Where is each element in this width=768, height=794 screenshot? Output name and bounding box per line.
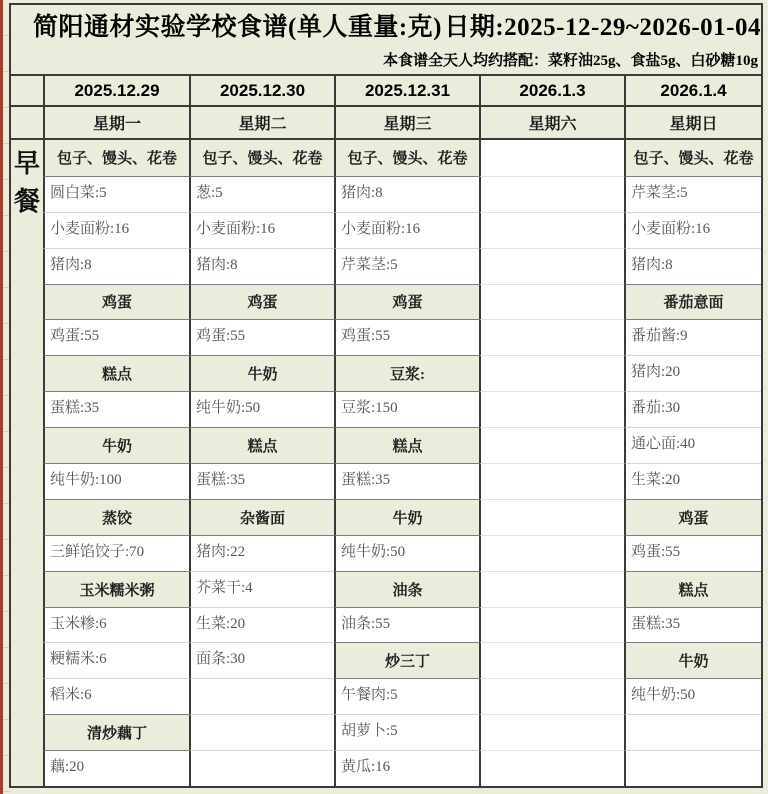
ingredient-cell: 粳糯米:6	[43, 642, 189, 678]
dish-header-cell: 糕点	[189, 427, 334, 463]
ingredient-cell: 小麦面粉:16	[189, 212, 334, 248]
empty-cell	[479, 642, 624, 678]
empty-cell	[479, 427, 624, 463]
date-cell: 2025.12.31	[334, 76, 479, 105]
date-header-row: 2025.12.292025.12.302025.12.312026.1.320…	[11, 76, 761, 107]
date-cell: 2026.1.3	[479, 76, 624, 105]
ingredient-cell: 玉米糁:6	[43, 607, 189, 643]
dish-header-cell: 鸡蛋	[43, 284, 189, 320]
breakfast-grid: 早餐 包子、馒头、花卷圆白菜:5小麦面粉:16猪肉:8鸡蛋鸡蛋:55糕点蛋糕:3…	[11, 140, 761, 786]
meal-label-breakfast: 早餐	[11, 140, 43, 786]
dish-header-cell: 鸡蛋	[624, 499, 761, 535]
portion-note: 本食谱全天人均约搭配：菜籽油25g、食盐5g、白砂糖10g	[383, 49, 758, 70]
ingredient-cell: 纯牛奶:100	[43, 463, 189, 499]
ingredient-cell: 鸡蛋:55	[43, 319, 189, 355]
ingredient-cell: 番茄:30	[624, 391, 761, 427]
dish-header-cell: 番茄意面	[624, 284, 761, 320]
dish-header-cell: 蒸饺	[43, 499, 189, 535]
ingredient-cell: 猪肉:22	[189, 535, 334, 571]
ingredient-cell: 小麦面粉:16	[43, 212, 189, 248]
dish-header-cell: 包子、馒头、花卷	[334, 140, 479, 176]
ingredient-cell: 黄瓜:16	[334, 750, 479, 786]
empty-cell	[479, 499, 624, 535]
empty-cell	[479, 212, 624, 248]
empty-cell	[479, 391, 624, 427]
ingredient-cell: 鸡蛋:55	[189, 319, 334, 355]
ingredient-cell: 三鲜馅饺子:70	[43, 535, 189, 571]
empty-cell	[479, 714, 624, 750]
ingredient-cell: 鸡蛋:55	[624, 535, 761, 571]
ingredient-cell: 葱:5	[189, 176, 334, 212]
ingredient-cell: 蛋糕:35	[334, 463, 479, 499]
date-cell: 2025.12.29	[43, 76, 189, 105]
ingredient-cell: 纯牛奶:50	[189, 391, 334, 427]
empty-cell	[479, 463, 624, 499]
dish-header-cell: 玉米糯米粥	[43, 571, 189, 607]
portion-note-row: 本食谱全天人均约搭配：菜籽油25g、食盐5g、白砂糖10g	[11, 45, 761, 76]
weekday-cell: 星期三	[334, 107, 479, 138]
empty-cell	[479, 607, 624, 643]
date-range-label: 日期:2025-12-29~2026-01-04	[444, 7, 761, 43]
empty-cell	[479, 750, 624, 786]
weekday-cell: 星期六	[479, 107, 624, 138]
menu-sheet: 简阳通材实验学校食谱(单人重量:克) 日期:2025-12-29~2026-01…	[0, 0, 768, 794]
empty-cell	[624, 714, 761, 750]
ingredient-cell: 猪肉:20	[624, 355, 761, 391]
weekday-row: 星期一星期二星期三星期六星期日	[11, 107, 761, 140]
empty-cell	[479, 176, 624, 212]
ingredient-cell: 生菜:20	[624, 463, 761, 499]
dish-header-cell: 牛奶	[334, 499, 479, 535]
ingredient-cell: 猪肉:8	[189, 248, 334, 284]
empty-cell	[479, 140, 624, 176]
empty-cell	[479, 355, 624, 391]
ingredient-cell: 圆白菜:5	[43, 176, 189, 212]
ingredient-cell: 藕:20	[43, 750, 189, 786]
ingredient-cell: 面条:30	[189, 642, 334, 678]
date-cell: 2026.1.4	[624, 76, 761, 105]
ingredient-cell: 猪肉:8	[43, 248, 189, 284]
empty-cell	[479, 535, 624, 571]
empty-cell	[189, 678, 334, 714]
ingredient-cell: 豆浆:150	[334, 391, 479, 427]
empty-cell	[189, 714, 334, 750]
ingredient-cell: 纯牛奶:50	[334, 535, 479, 571]
empty-cell	[479, 319, 624, 355]
empty-cell	[624, 750, 761, 786]
ingredient-cell: 蛋糕:35	[43, 391, 189, 427]
weekday-cell: 星期一	[43, 107, 189, 138]
ingredient-cell: 芥菜干:4	[189, 571, 334, 607]
dish-header-cell: 豆浆:	[334, 355, 479, 391]
dish-header-cell: 糕点	[43, 355, 189, 391]
ingredient-cell: 芹菜茎:5	[334, 248, 479, 284]
ingredient-cell: 小麦面粉:16	[624, 212, 761, 248]
empty-cell	[479, 248, 624, 284]
empty-cell	[479, 284, 624, 320]
menu-table: 简阳通材实验学校食谱(单人重量:克) 日期:2025-12-29~2026-01…	[9, 3, 763, 788]
ingredient-cell: 生菜:20	[189, 607, 334, 643]
table-title: 简阳通材实验学校食谱(单人重量:克) 日期:2025-12-29~2026-01…	[11, 5, 761, 45]
ingredient-cell: 纯牛奶:50	[624, 678, 761, 714]
weekday-cell: 星期二	[189, 107, 334, 138]
ingredient-cell: 胡萝卜:5	[334, 714, 479, 750]
empty-cell	[189, 750, 334, 786]
meal-label-text: 早餐	[13, 145, 41, 220]
ingredient-cell: 小麦面粉:16	[334, 212, 479, 248]
ingredient-cell: 蛋糕:35	[624, 607, 761, 643]
date-cell: 2025.12.30	[189, 76, 334, 105]
ingredient-cell: 蛋糕:35	[189, 463, 334, 499]
dish-header-cell: 牛奶	[189, 355, 334, 391]
ingredient-cell: 通心面:40	[624, 427, 761, 463]
dish-header-cell: 油条	[334, 571, 479, 607]
ingredient-cell: 油条:55	[334, 607, 479, 643]
dish-header-cell: 炒三丁	[334, 642, 479, 678]
ingredient-cell: 猪肉:8	[334, 176, 479, 212]
dish-header-cell: 杂酱面	[189, 499, 334, 535]
dish-header-cell: 糕点	[334, 427, 479, 463]
dish-header-cell: 鸡蛋	[334, 284, 479, 320]
ingredient-cell: 番茄酱:9	[624, 319, 761, 355]
ingredient-cell: 鸡蛋:55	[334, 319, 479, 355]
dish-header-cell: 糕点	[624, 571, 761, 607]
dish-header-cell: 鸡蛋	[189, 284, 334, 320]
dish-header-cell: 牛奶	[43, 427, 189, 463]
ingredient-cell: 稻米:6	[43, 678, 189, 714]
dish-header-cell: 包子、馒头、花卷	[43, 140, 189, 176]
ingredient-cell: 猪肉:8	[624, 248, 761, 284]
dish-header-cell: 包子、馒头、花卷	[624, 140, 761, 176]
ingredient-cell: 午餐肉:5	[334, 678, 479, 714]
corner-cell	[11, 107, 43, 138]
corner-cell	[11, 76, 43, 105]
dish-header-cell: 牛奶	[624, 642, 761, 678]
weekday-cell: 星期日	[624, 107, 761, 138]
empty-cell	[479, 571, 624, 607]
page-title: 简阳通材实验学校食谱(单人重量:克)	[33, 7, 442, 43]
dish-header-cell: 清炒藕丁	[43, 714, 189, 750]
empty-cell	[479, 678, 624, 714]
ingredient-cell: 芹菜茎:5	[624, 176, 761, 212]
dish-header-cell: 包子、馒头、花卷	[189, 140, 334, 176]
